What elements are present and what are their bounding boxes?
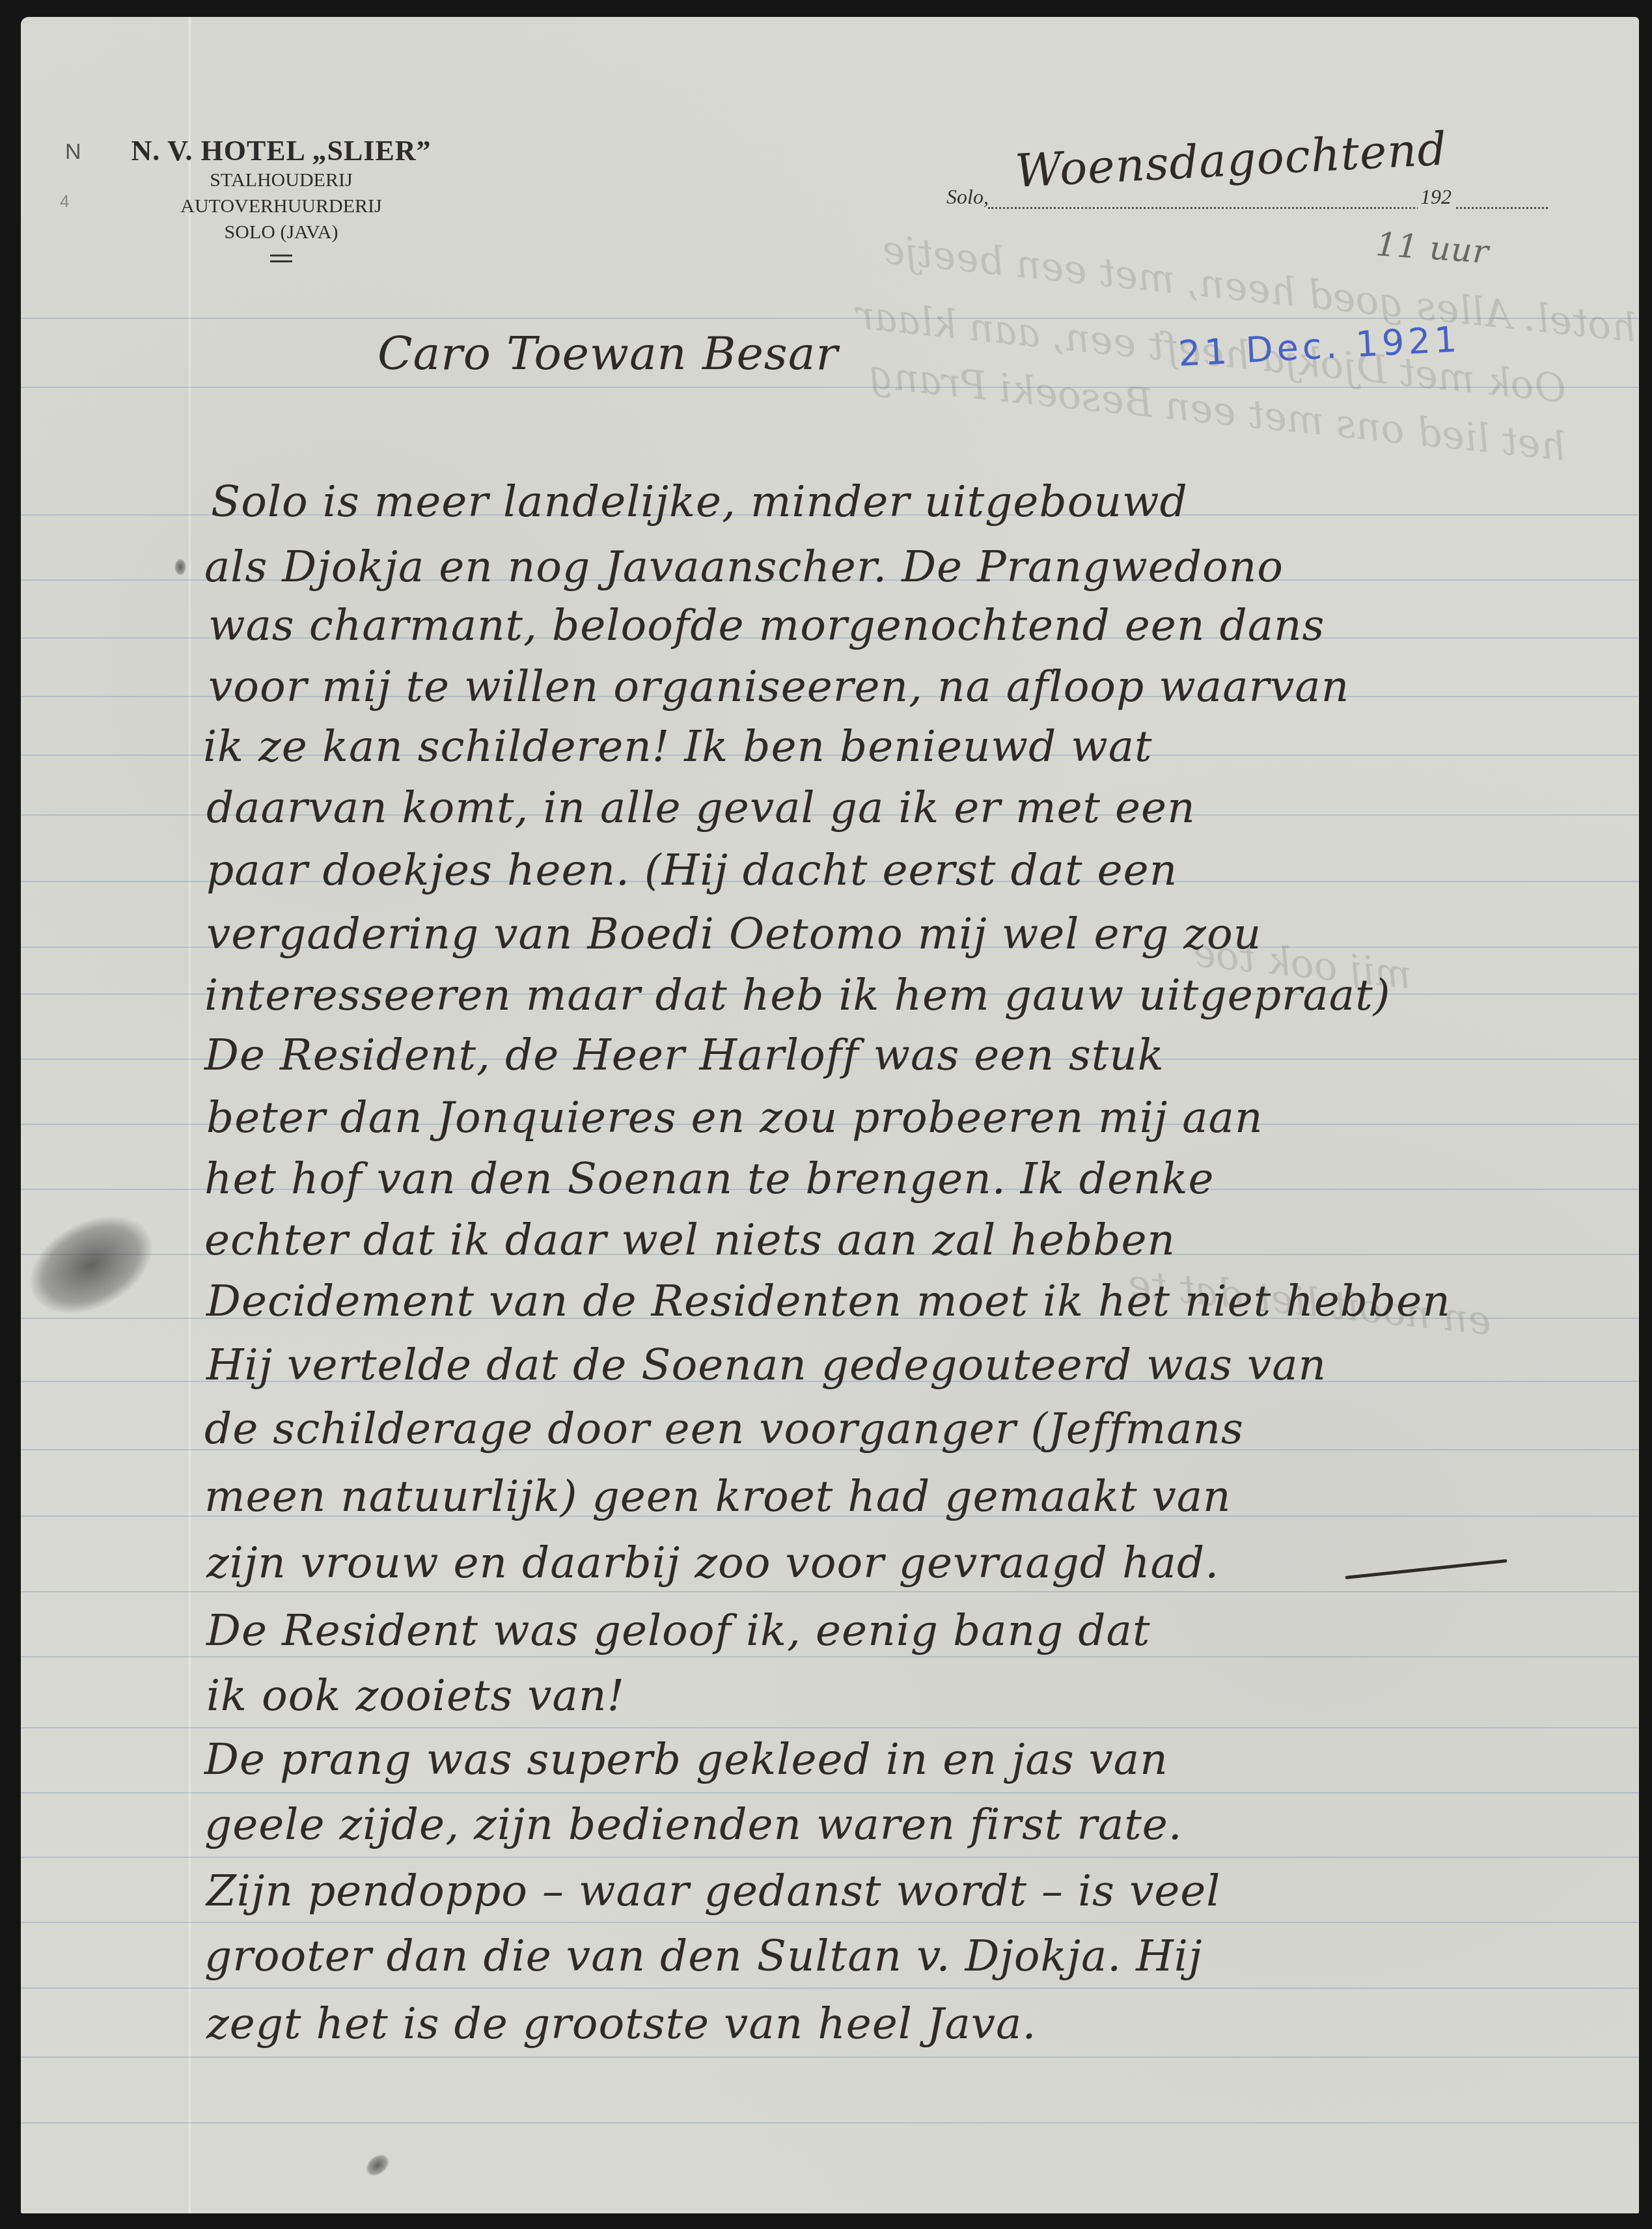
body-line: Zijn pendoppo – waar gedanst wordt – is … xyxy=(206,1866,1220,1916)
body-line: als Djokja en nog Javaanscher. De Prangw… xyxy=(204,542,1284,592)
body-line: geele zijde, zijn bedienden waren first … xyxy=(204,1799,1183,1849)
letterhead-title: N. V. HOTEL „SLIER” xyxy=(125,134,437,167)
ruled-line xyxy=(21,1656,1639,1657)
ruled-line xyxy=(21,1591,1639,1592)
ruled-line xyxy=(21,2122,1639,2124)
body-line: Hij vertelde dat de Soenan gedegouteerd … xyxy=(206,1340,1327,1390)
letterhead: N. V. HOTEL „SLIER” STALHOUDERIJ AUTOVER… xyxy=(99,134,437,262)
ruled-line xyxy=(21,1922,1639,1923)
dateline-place: Solo, xyxy=(946,185,989,209)
ruled-line xyxy=(21,1727,1639,1728)
body-line: meen natuurlijk) geen kroet had gemaakt … xyxy=(204,1471,1232,1521)
margin-mark: 4 xyxy=(60,191,69,212)
ink-blot xyxy=(21,1197,169,1333)
ruled-line xyxy=(21,1857,1639,1858)
body-line: ik ook zooiets van! xyxy=(206,1670,625,1721)
margin-mark: N xyxy=(65,139,81,165)
body-line: was charmant, beloofde morgenochtend een… xyxy=(208,600,1325,650)
letterhead-line: SOLO (JAVA) xyxy=(125,219,437,245)
letterhead-line: STALHOUDERIJ xyxy=(125,167,437,193)
body-line: voor mij te willen organiseeren, na aflo… xyxy=(208,661,1349,712)
body-line: vergadering van Boedi Oetomo mij wel erg… xyxy=(206,909,1261,959)
body-line: interesseeren maar dat heb ik hem gauw u… xyxy=(204,970,1390,1020)
body-line: grooter dan die van den Sultan v. Djokja… xyxy=(204,1931,1202,1981)
dateline-dotted-line xyxy=(988,207,1548,209)
body-line: zijn vrouw en daarbij zoo voor gevraagd … xyxy=(206,1538,1219,1588)
fold-crease xyxy=(189,17,191,2213)
ink-blot xyxy=(362,2150,394,2180)
salutation: Caro Toewan Besar xyxy=(378,327,838,380)
body-line: De Resident was geloof ik, eenig bang da… xyxy=(206,1605,1150,1655)
ruled-line xyxy=(21,1987,1639,1989)
ruled-line xyxy=(21,2056,1639,2058)
underline-stroke xyxy=(1345,1559,1507,1579)
body-line: Decidement van de Residenten moet ik het… xyxy=(206,1276,1451,1326)
body-line: paar doekjes heen. (Hij dacht eerst dat … xyxy=(206,845,1177,895)
ruled-line xyxy=(21,1792,1639,1793)
ink-blot xyxy=(174,559,186,575)
letterhead-rule xyxy=(270,260,292,262)
body-line: De prang was superb gekleed in en jas va… xyxy=(204,1734,1168,1784)
letter-page: Het hotel. Alles goed heen, met een beet… xyxy=(21,17,1639,2213)
body-line: ik ze kan schilderen! Ik ben benieuwd wa… xyxy=(203,721,1153,771)
body-line: het hof van den Soenan te brengen. Ik de… xyxy=(204,1154,1215,1204)
letterhead-line: AUTOVERHUURDERIJ xyxy=(125,193,437,219)
body-line: beter dan Jonquieres en zou probeeren mi… xyxy=(206,1092,1263,1142)
body-line: De Resident, de Heer Harloff was een stu… xyxy=(204,1030,1164,1080)
body-line: de schilderage door een voorganger (Jeff… xyxy=(204,1404,1244,1454)
handwritten-time: 11 uur xyxy=(1375,225,1490,271)
letterhead-rule xyxy=(270,255,292,256)
body-line: echter dat ik daar wel niets aan zal heb… xyxy=(204,1215,1176,1265)
body-line: zegt het is de grootste van heel Java. xyxy=(206,1999,1036,2049)
body-line: Solo is meer landelijke, minder uitgebou… xyxy=(211,477,1188,527)
dateline-year-prefix: 192 xyxy=(1418,185,1454,209)
body-line: daarvan komt, in alle geval ga ik er met… xyxy=(206,782,1196,833)
